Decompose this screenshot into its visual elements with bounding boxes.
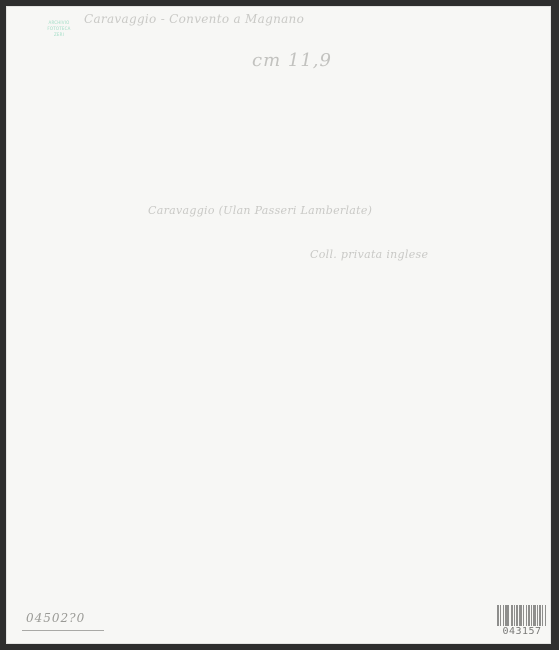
barcode-number: 043157	[495, 626, 549, 637]
archive-stamp: ARCHIVIO FOTOTECA ZERI	[26, 20, 92, 38]
handwritten-size: cm 11,9	[252, 50, 332, 71]
barcode-icon	[497, 605, 547, 626]
handwritten-collection: Coll. privata inglese	[310, 248, 428, 261]
stamp-line-3: ZERI	[26, 32, 92, 38]
handwritten-title: Caravaggio - Convento a Magnano	[84, 12, 304, 26]
photo-verso-sheet: ARCHIVIO FOTOTECA ZERI	[6, 6, 551, 644]
handwritten-attribution: Caravaggio (Ulan Passeri Lamberlate)	[148, 204, 372, 217]
inventory-underline	[22, 630, 104, 631]
inventory-number: 04502?0	[26, 611, 85, 625]
